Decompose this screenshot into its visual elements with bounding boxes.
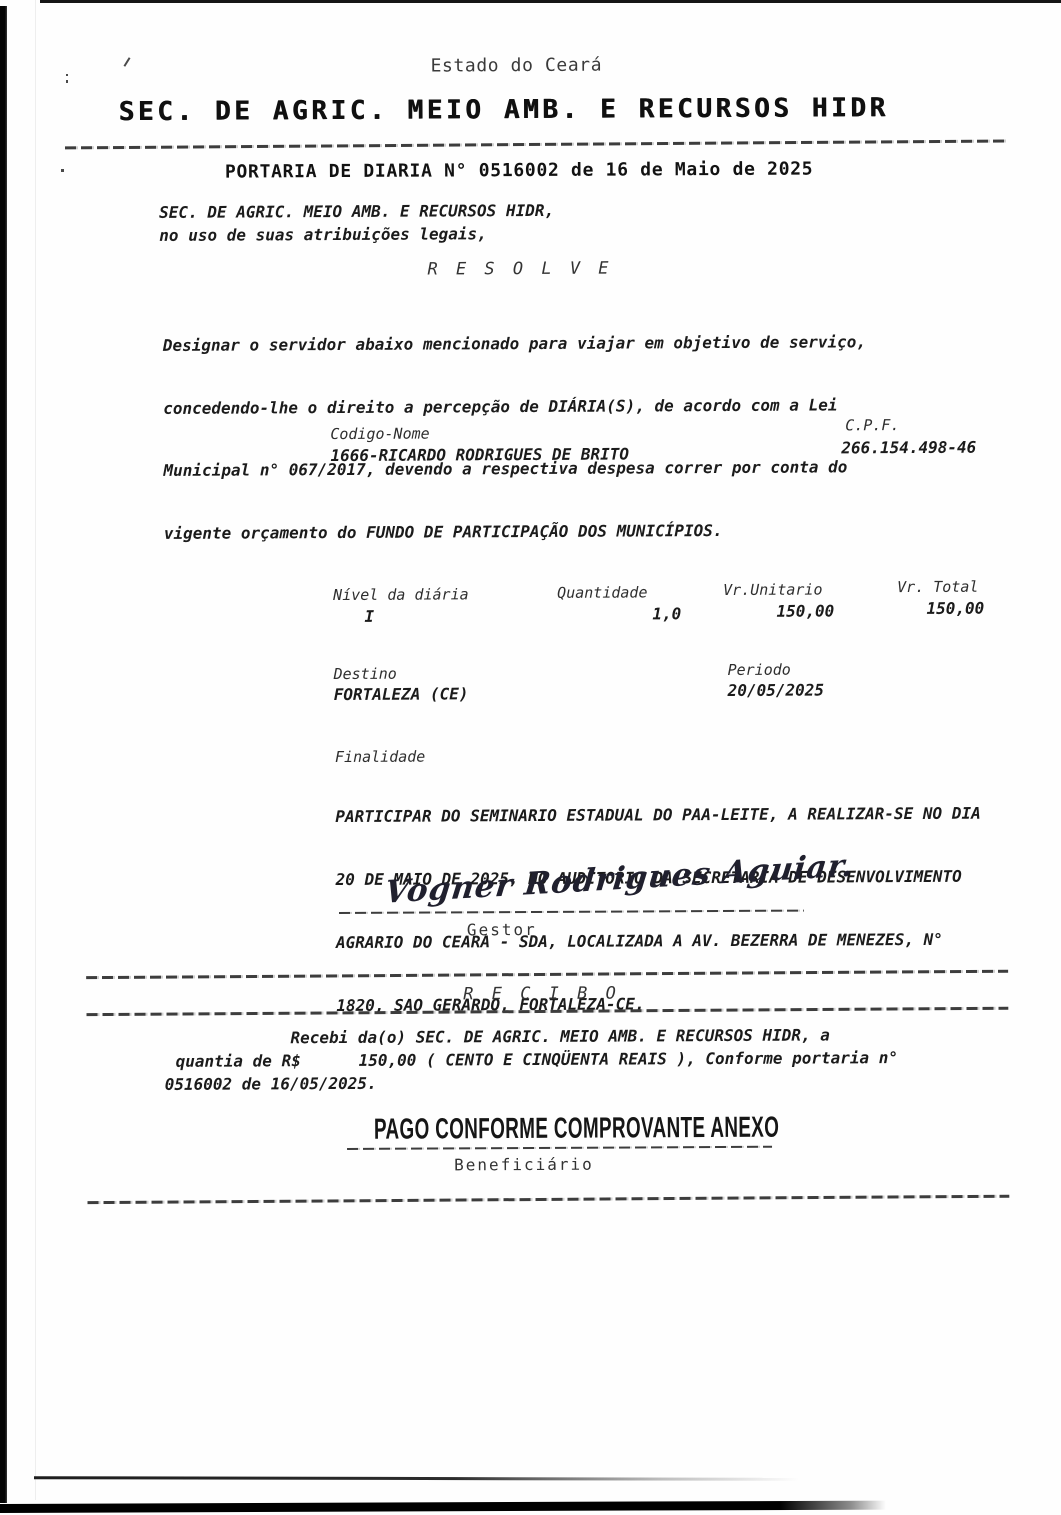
- resolve-body-line: Designar o servidor abaixo mencionado pa…: [163, 332, 866, 360]
- receipt-heading: R E C I B O: [463, 984, 620, 1005]
- destination-label: Destino: [334, 665, 397, 683]
- receipt-line-1: Recebi da(o) SEC. DE AGRIC. MEIO AMB. E …: [290, 1025, 830, 1047]
- resolve-heading: R E S O L V E: [427, 259, 612, 280]
- allowance-quantity-label: Quantidade: [557, 583, 647, 601]
- preamble-line-1: SEC. DE AGRIC. MEIO AMB. E RECURSOS HIDR…: [159, 201, 554, 222]
- allowance-total-label: Vr. Total: [897, 578, 978, 596]
- allowance-total-value: 150,00: [887, 599, 984, 619]
- period-label: Periodo: [727, 661, 790, 679]
- paid-stamp: PAGO CONFORME COMPROVANTE ANEXO: [374, 1111, 779, 1147]
- receipt-line-2: quantia de R$ 150,00 ( CENTO E CINQÜENTA…: [176, 1048, 899, 1071]
- beneficiary-label: Beneficiário: [454, 1155, 594, 1175]
- cpf-label: C.P.F.: [845, 416, 899, 434]
- allowance-level-label: Nível da diária: [333, 585, 469, 604]
- separator-dashed-line: [65, 140, 1007, 150]
- state-heading: Estado do Ceará: [376, 54, 656, 76]
- allowance-level-value: I: [339, 607, 399, 626]
- preamble-line-2: no uso de suas atribuições legais,: [159, 224, 487, 245]
- purpose-label: Finalidade: [335, 748, 425, 766]
- resolve-body-line: concedendo-lhe o direito a percepção de …: [163, 395, 866, 423]
- manager-role-label: Gestor: [467, 920, 537, 939]
- organization-title: SEC. DE AGRIC. MEIO AMB. E RECURSOS HIDR: [119, 93, 889, 127]
- code-name-value: 1666-RICARDO RODRIGUES DE BRITO: [330, 444, 629, 465]
- allowance-quantity-value: 1,0: [599, 604, 681, 623]
- period-value: 20/05/2025: [728, 680, 824, 700]
- purpose-line: AGRARIO DO CEARA - SDA, LOCALIZADA A AV.…: [336, 930, 982, 958]
- destination-value: FORTALEZA (CE): [334, 684, 469, 704]
- allowance-unit-value: 150,00: [744, 601, 834, 620]
- resolve-body-line: vigente orçamento do FUNDO DE PARTICIPAÇ…: [164, 520, 867, 548]
- allowance-unit-label: Vr.Unitario: [723, 580, 822, 599]
- code-name-label: Codigo-Nome: [330, 425, 429, 444]
- resolve-body: Designar o servidor abaixo mencionado pa…: [163, 294, 868, 586]
- cpf-value: 266.154.498-46: [841, 438, 976, 458]
- receipt-line-3: 0516002 de 16/05/2025.: [165, 1074, 377, 1094]
- portaria-title: PORTARIA DE DIARIA N° 0516002 de 16 de M…: [225, 159, 813, 183]
- beneficiary-signature-line: [347, 1146, 772, 1150]
- purpose-line: PARTICIPAR DO SEMINARIO ESTADUAL DO PAA-…: [335, 804, 981, 832]
- document-content: Estado do Ceará SEC. DE AGRIC. MEIO AMB.…: [0, 0, 1061, 1515]
- scanned-document-page: Estado do Ceará SEC. DE AGRIC. MEIO AMB.…: [0, 0, 1061, 1515]
- separator-dashed-line: [87, 1195, 1009, 1204]
